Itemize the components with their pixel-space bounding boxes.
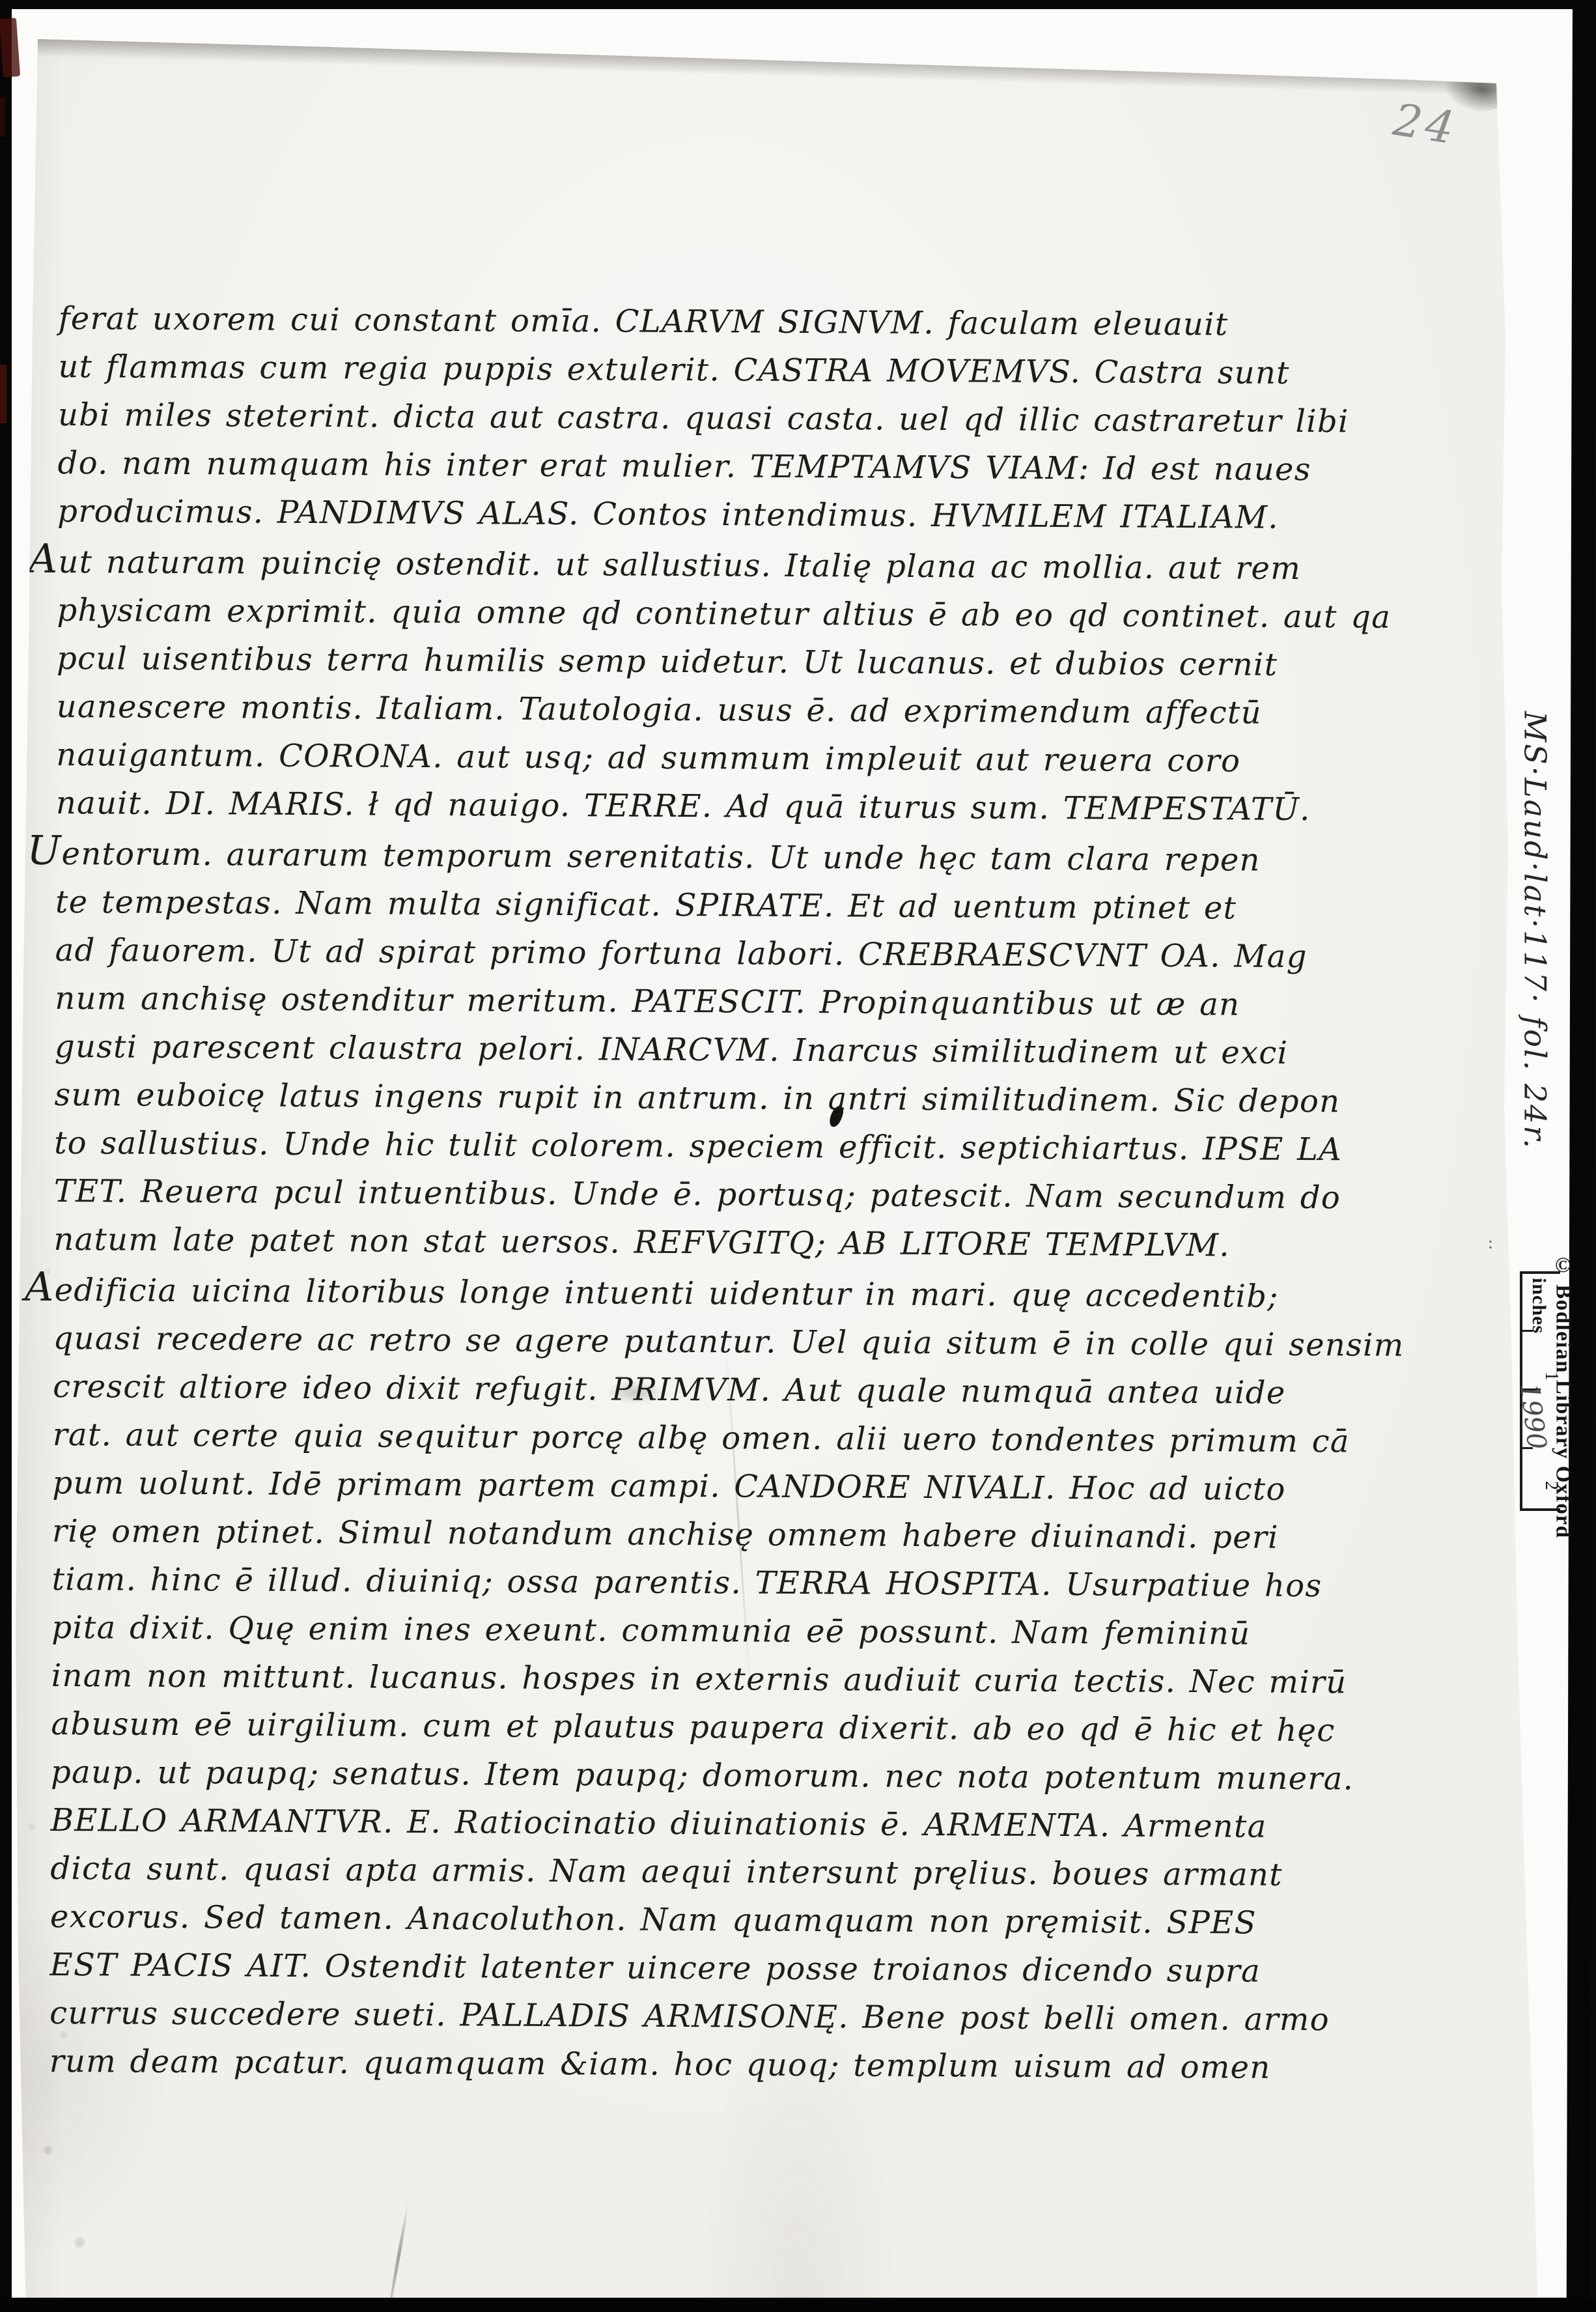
shelfmark-label: MS·Laud·lat·117· fol. 24r.: [1519, 711, 1552, 1284]
photo-frame-bottom: [0, 2298, 1596, 2312]
copyright-notice: © Bodleian Library Oxford: [1551, 1254, 1575, 1788]
manuscript-line: pcul uisentibus terra humilis semp uidet…: [57, 634, 1281, 689]
manuscript-line: rat. aut certe quia sequitur porcę albę …: [53, 1411, 1277, 1465]
manuscript-line: paup. ut paupq; senatus. Item paupq; dom…: [51, 1748, 1275, 1803]
manuscript-line: excorus. Sed tamen. Anacoluthon. Nam qua…: [50, 1893, 1274, 1947]
manuscript-line: BELLO ARMANTVR. E. Ratiocinatio diuinati…: [51, 1796, 1275, 1851]
manuscript-line: ut flammas cum regia puppis extulerit. C…: [58, 343, 1282, 397]
manuscript-line: ubi miles steterint. dicta aut castra. q…: [58, 391, 1282, 445]
manuscript-leaf: ferat uxorem cui constant omīa. CLARVM S…: [0, 0, 1596, 2312]
manuscript-line: nauigantum. CORONA. aut usq; ad summum i…: [56, 731, 1280, 785]
manuscript-line: dicta sunt. quasi apta armis. Nam aequi …: [50, 1844, 1274, 1899]
film-edge-mark: [0, 365, 7, 423]
manuscript-line: producimus. PANDIMVS ALAS. Contos intend…: [57, 487, 1281, 542]
manuscript-line: sum euboicę latus ingens rupit in antrum…: [54, 1071, 1278, 1125]
manuscript-line: EST PACIS AIT. Ostendit latenter uincere…: [49, 1941, 1274, 1995]
manuscript-line: abusum eē uirgilium. cum et plautus paup…: [51, 1700, 1275, 1755]
manuscript-line: pita dixit. Quę enim ines exeunt. commun…: [51, 1603, 1276, 1658]
manuscript-line: TET. Reuera pcul intuentibus. Unde ē. po…: [54, 1167, 1278, 1222]
manuscript-line: rum deam pcatur. quamquam &iam. hoc quoq…: [49, 2037, 1274, 2092]
manuscript-line: quasi recedere ac retro se agere putantu…: [53, 1314, 1277, 1369]
manuscript-line: rię omen ptinet. Simul notandum anchisę …: [52, 1507, 1276, 1562]
manuscript-line: inam non mittunt. lucanus. hospes in ext…: [51, 1652, 1276, 1706]
manuscript-line: to sallustius. Unde hic tulit colorem. s…: [54, 1119, 1278, 1174]
film-edge-mark: [0, 98, 5, 137]
manuscript-line: te tempestas. Nam multa significat. SPIR…: [55, 878, 1280, 933]
manuscript-line: gusti parescent claustra pelori. INARCVM…: [55, 1022, 1279, 1077]
manuscript-line: nauit. DI. MARIS. ł qd nauigo. TERRE. Ad…: [56, 779, 1280, 834]
manuscript-line: Uentorum. aurarum temporum serenitatis. …: [27, 827, 1280, 884]
manuscript-line: num anchisę ostenditur meritum. PATESCIT…: [55, 974, 1279, 1029]
manuscript-line: ad fauorem. Ut ad spirat primo fortuna l…: [55, 926, 1280, 981]
ruler-year-note: 1990: [1516, 1382, 1550, 1451]
manuscript-line: tiam. hinc ē illud. diuiniq; ossa parent…: [51, 1555, 1276, 1610]
manuscript-line: physicam exprimit. quia omne qd continet…: [57, 586, 1281, 641]
pencil-dots: ··: [1486, 1239, 1499, 1261]
manuscript-line: currus succedere sueti. PALLADIS ARMISON…: [49, 1989, 1274, 2044]
photo-frame-top: [0, 0, 1596, 9]
manuscript-line: Aedificia uicina litoribus longe intuent…: [25, 1263, 1278, 1321]
manuscript-line: pum uolunt. Idē primam partem campi. CAN…: [52, 1459, 1276, 1514]
manuscript-line: crescit altiore ideo dixit refugit. PRIM…: [53, 1362, 1277, 1417]
manuscript-photograph: ferat uxorem cui constant omīa. CLARVM S…: [0, 0, 1596, 2312]
photo-frame-left: [0, 0, 12, 2312]
manuscript-text-block: ferat uxorem cui constant omīa. CLARVM S…: [49, 294, 1283, 2092]
manuscript-line: uanescere montis. Italiam. Tautologia. u…: [56, 683, 1280, 737]
manuscript-line: Aut naturam puincię ostendit. ut sallust…: [29, 535, 1281, 593]
manuscript-line: do. nam numquam his inter erat mulier. T…: [57, 439, 1281, 494]
ruler-unit-label: inches: [1529, 1278, 1548, 1334]
pencil-folio-number: 24: [1390, 98, 1461, 152]
manuscript-line: ferat uxorem cui constant omīa. CLARVM S…: [59, 294, 1283, 349]
manuscript-line: natum late patet non stat uersos. REFVGI…: [53, 1215, 1278, 1270]
